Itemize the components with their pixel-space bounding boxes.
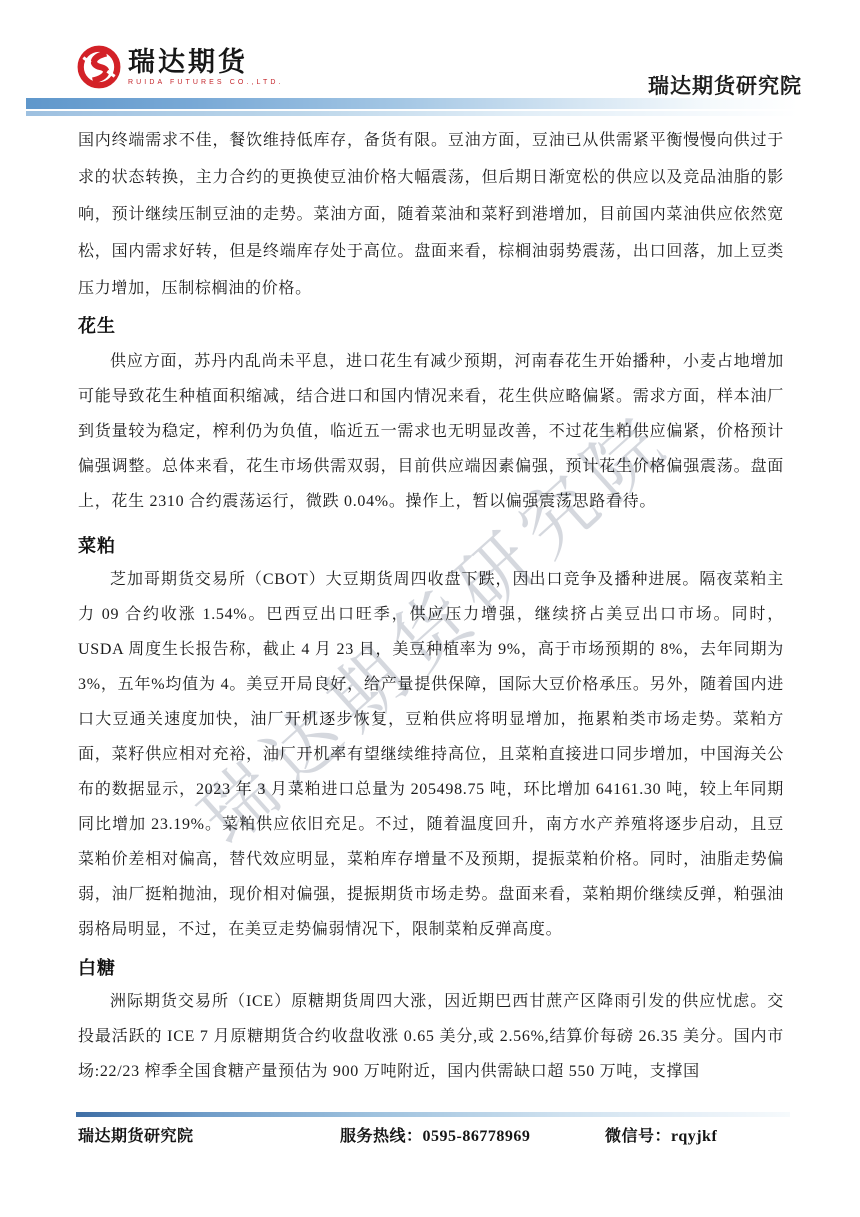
section-heading-sugar: 白糖 xyxy=(78,954,116,980)
paragraph-sugar: 洲际期货交易所（ICE）原糖期货周四大涨，因近期巴西甘蔗产区降雨引发的供应忧虑。… xyxy=(78,984,784,1089)
section-heading-peanut: 花生 xyxy=(78,312,116,338)
footer-hotline-number: 0595-86778969 xyxy=(423,1128,531,1145)
footer-org-name: 瑞达期货研究院 xyxy=(78,1123,194,1146)
footer: 瑞达期货研究院 服务热线：0595-86778969 微信号：rqyjkf xyxy=(78,1123,784,1147)
footer-hotline: 服务热线：0595-86778969 xyxy=(340,1123,530,1146)
ruida-logo-icon xyxy=(76,44,122,90)
footer-hotline-label: 服务热线： xyxy=(340,1128,423,1145)
document-page: 瑞达期货 RUIDA FUTURES CO.,LTD. 瑞达期货研究院 瑞达期货… xyxy=(0,0,860,1217)
paragraph-peanut: 供应方面，苏丹内乱尚未平息，进口花生有减少预期，河南春花生开始播种，小麦占地增加… xyxy=(78,344,784,519)
footer-divider-bar xyxy=(76,1112,790,1117)
logo-subtitle-text: RUIDA FUTURES CO.,LTD. xyxy=(128,79,284,86)
company-logo: 瑞达期货 RUIDA FUTURES CO.,LTD. xyxy=(76,44,284,90)
header-title: 瑞达期货研究院 xyxy=(648,70,802,100)
logo-brand-text: 瑞达期货 xyxy=(128,48,284,76)
footer-wechat: 微信号：rqyjkf xyxy=(605,1123,717,1146)
paragraph-oils: 国内终端需求不佳，餐饮维持低库存，备货有限。豆油方面，豆油已从供需紧平衡慢慢向供… xyxy=(78,122,784,307)
paragraph-rapeseed-meal: 芝加哥期货交易所（CBOT）大豆期货周四收盘下跌，因出口竞争及播种进展。隔夜菜粕… xyxy=(78,562,784,947)
header-divider-bar xyxy=(26,98,798,109)
footer-wechat-id: rqyjkf xyxy=(671,1128,717,1145)
header-divider-bar-light xyxy=(26,111,798,116)
footer-wechat-label: 微信号： xyxy=(605,1128,671,1145)
logo-text-block: 瑞达期货 RUIDA FUTURES CO.,LTD. xyxy=(128,44,284,86)
section-heading-rapeseed-meal: 菜粕 xyxy=(78,532,116,558)
